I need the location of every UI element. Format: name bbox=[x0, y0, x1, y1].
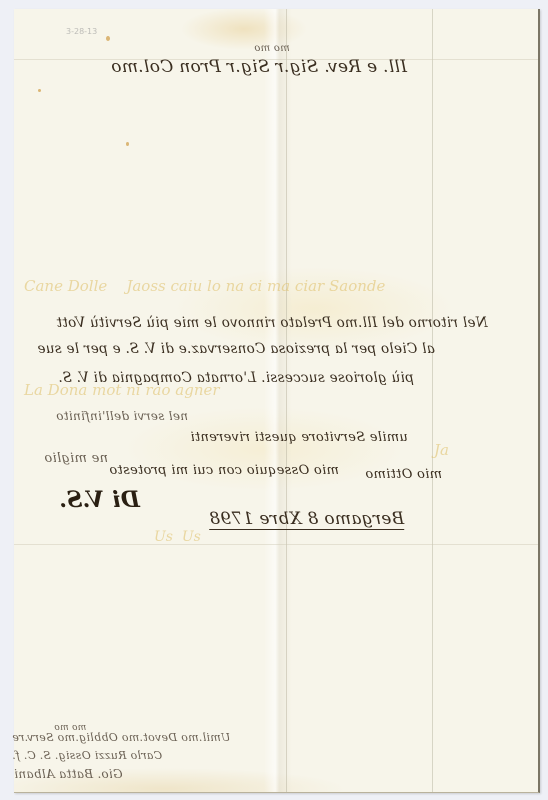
body-line-5: umile Servitore questi riverenti bbox=[164, 430, 434, 445]
place-date: Bergamo 8 Xbre 1798 bbox=[209, 509, 404, 529]
fold-line-vertical-right bbox=[432, 9, 433, 792]
ghost-writing: Us Us bbox=[154, 529, 201, 545]
paper-crease bbox=[264, 9, 292, 792]
address-line: Ill. e Rev. Sig.r Sig.r Pron Col.mo bbox=[74, 57, 444, 77]
body-line-8: mio Ottimo bbox=[332, 467, 442, 482]
place-date-text: Bergamo 8 Xbre 1798 bbox=[209, 509, 404, 530]
signature-line-1: Umil.mo Devot.mo Obblig.mo Serv.re bbox=[12, 731, 230, 744]
ghost-writing: Ja bbox=[434, 441, 449, 459]
body-line-1: Nel ritorno del Ill.mo Prelato rinnovo l… bbox=[22, 315, 522, 331]
address-superscript: mo mo bbox=[254, 43, 290, 54]
body-line-2: al Cielo per la preziosa Conservaz.e di … bbox=[26, 341, 446, 357]
initials: Di V.S. bbox=[59, 487, 140, 513]
body-line-4: nel servi dell'infinito bbox=[28, 409, 188, 423]
stain-spot bbox=[38, 89, 41, 92]
signature-line-3: Gio. Batta Albani bbox=[14, 767, 123, 781]
fold-line-horizontal-2 bbox=[14, 544, 538, 545]
manuscript-page: 3-28-13 Cane Dolle Jaoss caiu lo na ci m… bbox=[14, 9, 540, 793]
ghost-writing: Cane Dolle Jaoss caiu lo na ci ma ciar S… bbox=[24, 277, 385, 295]
stain-spot bbox=[126, 142, 129, 146]
signature-line-2: Carlo Ruzzi Ossig. S. C. f. bbox=[12, 749, 162, 762]
stain-spot bbox=[106, 36, 110, 41]
body-line-3: più gloriose successi. L'ornata Compagni… bbox=[26, 370, 446, 386]
fold-line-vertical bbox=[286, 9, 287, 792]
body-line-6: ne miglio bbox=[28, 451, 108, 466]
archive-mark: 3-28-13 bbox=[66, 27, 97, 36]
body-line-7: mio Ossequio con cui mi protesto bbox=[104, 463, 344, 478]
